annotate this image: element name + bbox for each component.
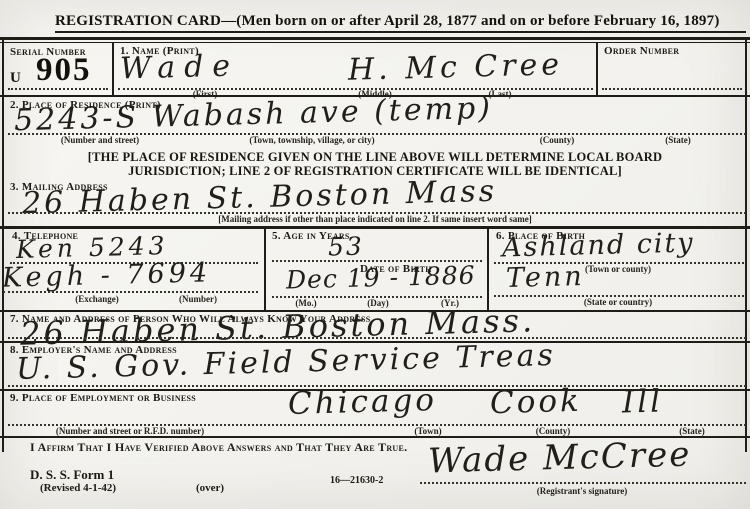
signature-rule bbox=[420, 482, 746, 484]
employment-county-handwriting: Cook bbox=[490, 383, 583, 421]
header-underline bbox=[55, 31, 746, 33]
employment-sub-county: (County) bbox=[536, 426, 571, 436]
divider-telephone-age bbox=[264, 229, 266, 311]
birth-state-handwriting: Tenn bbox=[506, 261, 585, 294]
card-title: REGISTRATION CARD—(Men born on or after … bbox=[55, 13, 720, 30]
print-code: 16—21630-2 bbox=[330, 475, 383, 486]
residence-sub-county: (County) bbox=[540, 135, 575, 145]
serial-value: 905 bbox=[36, 52, 92, 89]
telephone-line2-handwriting: Kegh - 7694 bbox=[2, 257, 212, 293]
affirmation-text: I Affirm That I Have Verified Above Answ… bbox=[30, 440, 407, 455]
birth-town-handwriting: Ashland city bbox=[502, 227, 695, 263]
name-rest-handwriting: H. Mc Cree bbox=[348, 47, 564, 88]
residence-sub-state: (State) bbox=[665, 135, 691, 145]
contact-rule bbox=[8, 337, 746, 339]
residence-sub-street: (Number and street) bbox=[61, 135, 139, 145]
employment-label: 9. Place of Employment or Business bbox=[10, 392, 196, 404]
signature-handwriting: Wade McCree bbox=[428, 435, 692, 482]
telephone-line2-rule bbox=[3, 291, 258, 293]
telephone-sub-number: (Number) bbox=[179, 294, 217, 304]
form-revised: (Revised 4-1-42) bbox=[40, 482, 116, 494]
dob-handwriting: Dec 19 - 1886 bbox=[286, 261, 476, 295]
over-note: (over) bbox=[196, 482, 224, 494]
divider-name-order bbox=[596, 42, 598, 95]
employment-state-handwriting: Ill bbox=[622, 383, 664, 420]
signature-sub-label: (Registrant's signature) bbox=[537, 486, 628, 496]
employment-sub-street: (Number and street or R.F.D. number) bbox=[56, 426, 204, 436]
residence-sub-town: (Town, township, village, or city) bbox=[249, 135, 374, 145]
mailing-sub: [Mailing address if other than place ind… bbox=[218, 214, 531, 224]
card-border-top bbox=[0, 37, 750, 40]
employment-town-handwriting: Chicago bbox=[288, 382, 438, 422]
birth-sub-town: (Town or county) bbox=[585, 264, 651, 274]
residence-handwriting: 5243-S Wabash ave (temp) bbox=[14, 91, 494, 139]
telephone-sub-exchange: (Exchange) bbox=[75, 294, 119, 304]
registration-card: REGISTRATION CARD—(Men born on or after … bbox=[0, 0, 750, 509]
divider-serial-name bbox=[112, 42, 114, 95]
serial-line bbox=[8, 88, 108, 90]
serial-prefix: U bbox=[10, 70, 21, 87]
name-line bbox=[118, 88, 593, 90]
jurisdiction-notice-line1: [THE PLACE OF RESIDENCE GIVEN ON THE LIN… bbox=[0, 150, 750, 165]
form-number: D. S. S. Form 1 bbox=[30, 467, 114, 483]
age-handwriting: 53 bbox=[328, 232, 365, 262]
employment-sub-town: (Town) bbox=[414, 426, 441, 436]
order-number-label: Order Number bbox=[604, 45, 679, 57]
name-first-handwriting: Wade bbox=[120, 48, 240, 86]
birth-sub-state: (State or country) bbox=[584, 297, 652, 307]
divider-age-birth bbox=[487, 229, 489, 311]
order-line bbox=[602, 88, 742, 90]
